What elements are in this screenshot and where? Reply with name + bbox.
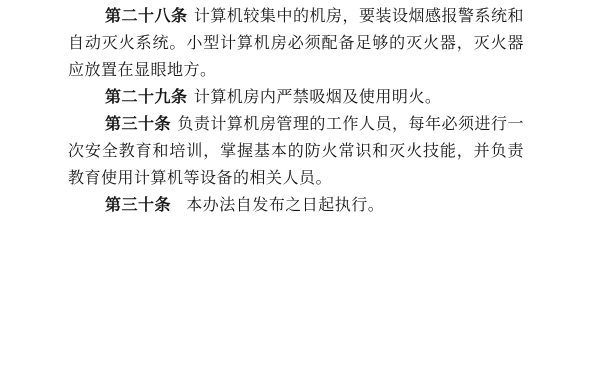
paragraph-article-29: 第二十九条计算机房内严禁吸烟及使用明火。 <box>68 84 524 111</box>
article-text: 计算机房内严禁吸烟及使用明火。 <box>194 89 442 106</box>
document-text-block: 第二十八条计算机较集中的机房，要装设烟感报警系统和自动灭火系统。小型计算机房必须… <box>68 3 524 219</box>
article-number: 第二十八条 <box>105 8 188 25</box>
paragraph-article-30b: 第三十条本办法自发布之日起执行。 <box>68 192 524 219</box>
article-number: 第二十九条 <box>105 89 188 106</box>
article-number: 第三十条 <box>105 197 171 214</box>
document-page: 第二十八条计算机较集中的机房，要装设烟感报警系统和自动灭火系统。小型计算机房必须… <box>0 0 592 365</box>
article-text: 本办法自发布之日起执行。 <box>186 197 384 214</box>
article-number: 第三十条 <box>105 116 171 133</box>
paragraph-article-28: 第二十八条计算机较集中的机房，要装设烟感报警系统和自动灭火系统。小型计算机房必须… <box>68 3 524 84</box>
paragraph-article-30a: 第三十条负责计算机房管理的工作人员，每年必须进行一次安全教育和培训，掌握基本的防… <box>68 111 524 192</box>
